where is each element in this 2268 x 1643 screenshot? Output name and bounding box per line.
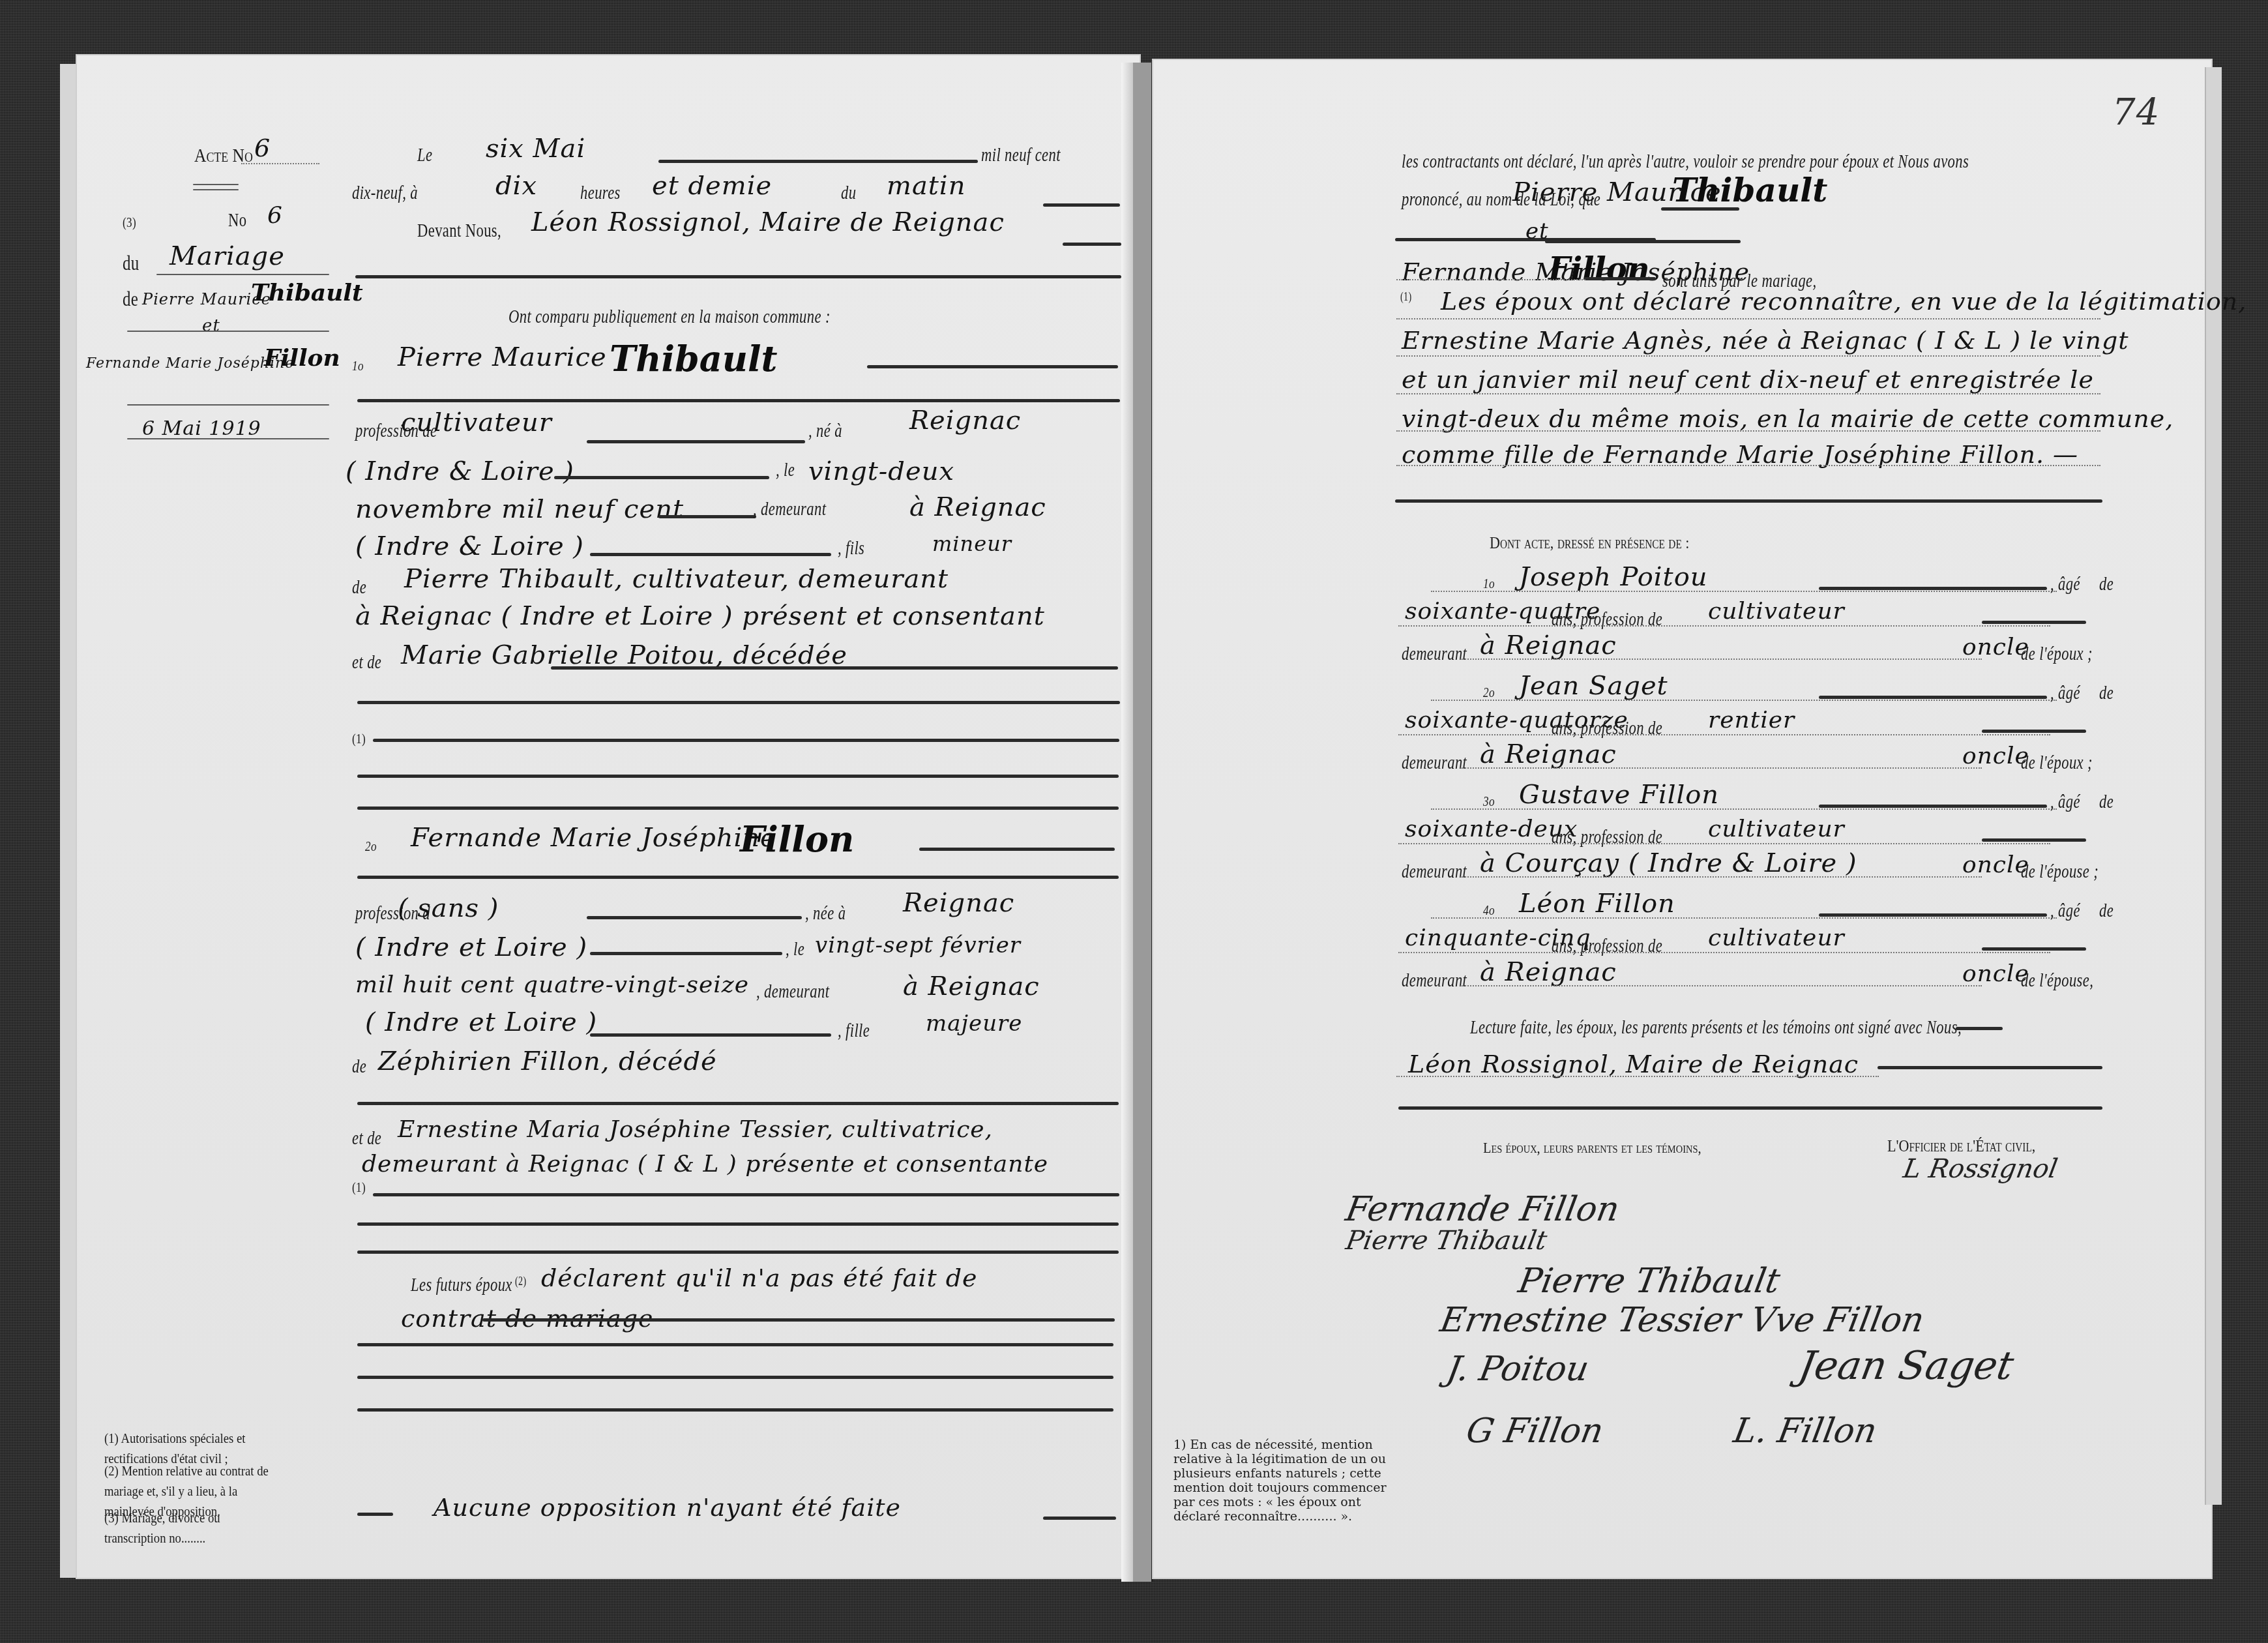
bride-demeurant-label: , demeurant — [756, 981, 829, 1003]
groom-residence-dept: ( Indre & Loire ) — [355, 531, 584, 561]
book-gutter — [1133, 63, 1153, 1582]
no-value: 6 — [267, 202, 283, 229]
witness-relation-of: de l'épouse ; — [2021, 861, 2099, 883]
dotted-line — [1398, 625, 2050, 627]
acte-number: 6 — [254, 134, 271, 162]
blank-line — [1395, 499, 2102, 503]
gutter-shadow — [1121, 63, 1133, 1582]
du-label: du — [123, 251, 140, 275]
blank-line — [482, 1318, 1115, 1322]
witness-profession: rentier — [1708, 707, 1795, 733]
groom-surname: Thibault — [610, 338, 777, 379]
dotted-line — [1398, 952, 2050, 953]
witness-profession: cultivateur — [1708, 598, 1845, 625]
nee-a-label: , née à — [805, 903, 846, 925]
age-label: , âgé — [2050, 792, 2080, 813]
witness-relation-of: de l'époux ; — [2021, 752, 2093, 774]
marriage-hour: dix — [495, 171, 537, 201]
bride-status: majeure — [926, 1011, 1022, 1037]
bride-birth-year: mil huit cent quatre-vingt-seize — [355, 971, 749, 998]
dotted-line — [1460, 985, 1982, 986]
witness-name: Léon Fillon — [1519, 889, 1675, 919]
blank-line — [357, 1251, 1119, 1254]
union-groom-surname: Thibault — [1672, 171, 1827, 209]
legitimation-line-4: vingt-deux du même mois, en la mairie de… — [1402, 404, 2173, 433]
signature-witness-1: J. Poitou — [1444, 1350, 1592, 1389]
marriage-hour-extra: et demie — [652, 171, 772, 201]
legitimation-note-ref: (1) — [1400, 290, 1412, 304]
dotted-line — [1431, 700, 2057, 701]
blank-line — [867, 365, 1118, 368]
blank-line — [1982, 947, 2086, 951]
blank-line — [590, 952, 782, 955]
dotted-line — [1431, 808, 2057, 810]
witness-name: Gustave Fillon — [1519, 780, 1719, 810]
legitimation-line-1: Les époux ont déclaré reconnaître, en vu… — [1441, 287, 2246, 316]
blank-line — [1982, 730, 2086, 733]
groom-index: 1o — [352, 357, 364, 374]
witness-name: Joseph Poitou — [1519, 562, 1707, 592]
marriage-day-month: six Mai — [486, 134, 585, 164]
age-de-label: de — [2099, 900, 2113, 922]
signature-groom: Pierre Thibault — [1344, 1226, 1549, 1256]
union-bride-surname: Fillon — [1548, 251, 1650, 288]
demeurant-label: demeurant — [1402, 970, 1467, 992]
dotted-line — [1396, 465, 2100, 466]
bride-father: Zéphirien Fillon, décédé — [378, 1046, 717, 1076]
officer-name: Léon Rossignol, Maire de Reignac — [531, 207, 1005, 237]
signature-witness-4: L. Fillon — [1731, 1412, 1880, 1451]
footnote-3: (3) Mariage, divorce ou transcription no… — [104, 1507, 271, 1548]
bride-father-de-label: de — [352, 1056, 366, 1078]
bride-given-name: Fernande Marie Joséphine — [411, 823, 776, 853]
dotted-line — [1396, 355, 2100, 357]
legitimation-line-3: et un janvier mil neuf cent dix-neuf et … — [1402, 365, 2094, 394]
margin-groom-surname: Thibault — [251, 279, 363, 306]
blank-line — [1661, 207, 1739, 211]
groom-birth-dept: ( Indre & Loire ) — [346, 456, 574, 486]
officer-label: L'Officier de l'État civil, — [1887, 1136, 2035, 1156]
age-de-label: de — [2099, 574, 2113, 595]
fils-label: , fils — [838, 538, 864, 559]
closing-officer: Léon Rossignol, Maire de Reignac — [1408, 1050, 1859, 1078]
dotted-line — [1396, 393, 2100, 394]
lecture-text: Lecture faite, les époux, les parents pr… — [1470, 1017, 1962, 1039]
bride-surname: Fillon — [740, 818, 854, 860]
dotted-line — [1396, 1076, 1879, 1077]
right-footnote: 1) En cas de nécessité, mention relative… — [1173, 1438, 1389, 1524]
folio-number: 74 — [2112, 91, 2160, 134]
blank-line — [587, 440, 805, 443]
opposition-statement: Aucune opposition n'ayant été faite — [434, 1493, 901, 1522]
blank-line — [357, 775, 1119, 778]
blank-line — [373, 739, 1119, 742]
note-1-ref: (1) — [352, 730, 366, 747]
blank-line — [357, 1222, 1119, 1226]
groom-father-residence: à Reignac ( Indre et Loire ) présent et … — [355, 601, 1045, 631]
ref-3-label: (3) — [123, 214, 136, 231]
margin-bride-given: Fernande Marie Joséphine — [86, 355, 294, 372]
margin-bride-surname: Fillon — [264, 344, 340, 372]
age-de-label: de — [2099, 792, 2113, 813]
blank-line — [355, 275, 1121, 278]
act-type-line — [156, 274, 329, 275]
blank-line — [1584, 277, 1656, 280]
blank-line — [1819, 696, 2047, 699]
officer-signature: L Rossignol — [1901, 1154, 2060, 1184]
groom-demeurant-label: , demeurant — [753, 499, 826, 520]
age-label: , âgé — [2050, 574, 2080, 595]
blank-line — [1043, 203, 1120, 207]
witness-relation-of: de l'époux ; — [2021, 644, 2093, 665]
bride-birthplace: Reignac — [903, 888, 1014, 918]
demeurant-label: demeurant — [1402, 752, 1467, 774]
bride-mother: Ernestine Maria Joséphine Tessier, culti… — [398, 1116, 993, 1143]
blank-line — [1819, 587, 2047, 590]
marriage-contract-declaration: déclarent qu'il n'a pas été fait de — [541, 1264, 978, 1292]
groom-mother-label: et de — [352, 652, 381, 673]
groom-birth-year: novembre mil neuf cent — [355, 494, 684, 524]
age-label: , âgé — [2050, 683, 2080, 704]
blank-line — [1043, 1517, 1116, 1520]
witness-relation: oncle — [1962, 743, 2029, 769]
bride-birth-dept: ( Indre et Loire ) — [355, 932, 587, 962]
blank-line — [357, 1343, 1113, 1346]
witness-relation: oncle — [1962, 634, 2029, 660]
bride-residence: à Reignac — [903, 971, 1040, 1001]
groom-residence: à Reignac — [909, 492, 1046, 522]
dotted-line — [1460, 659, 1982, 660]
signature-bride-mother: Ernestine Tessier Vve Fillon — [1437, 1301, 1927, 1340]
dont-acte-text: Dont acte, dressé en présence de : — [1490, 533, 1689, 553]
le-label: Le — [417, 145, 432, 166]
du-label-2: du — [841, 183, 856, 204]
act-type: Mariage — [169, 241, 285, 271]
no-label: No — [228, 210, 246, 231]
blank-line — [1878, 1066, 2102, 1069]
bride-mother-residence: demeurant à Reignac ( I & L ) présente e… — [362, 1151, 1048, 1177]
witness-profession: cultivateur — [1708, 925, 1845, 951]
witness-index: 3o — [1483, 793, 1495, 810]
blank-line — [357, 807, 1119, 810]
signature-bride: Fernande Fillon — [1343, 1190, 1623, 1229]
note-2-ref: (2) — [515, 1275, 527, 1288]
groom-father: Pierre Thibault, cultivateur, demeurant — [404, 564, 949, 594]
blank-line — [373, 1193, 1119, 1196]
groom-birth-day: vingt-deux — [808, 456, 954, 486]
bride-residence-dept: ( Indre et Loire ) — [365, 1007, 597, 1037]
witness-name: Jean Saget — [1519, 671, 1668, 701]
signature-groom-father: Pierre Thibault — [1516, 1262, 1783, 1301]
bride-le-label: , le — [786, 939, 804, 960]
groom-birthplace: Reignac — [909, 406, 1021, 436]
witness-profession: cultivateur — [1708, 816, 1845, 842]
marriage-period: matin — [887, 171, 965, 201]
blank-line — [357, 1513, 393, 1516]
groom-father-de-label: de — [352, 577, 366, 599]
dotted-line — [1460, 876, 1982, 878]
ans-profession-label: ans, profession de — [1552, 718, 1662, 739]
fille-label: , fille — [838, 1020, 870, 1042]
blank-line — [658, 515, 756, 518]
blank-line — [357, 1376, 1113, 1379]
dotted-line — [1396, 279, 1585, 280]
ans-profession-label: ans, profession de — [1552, 609, 1662, 630]
signature-witness-3: G Fillon — [1464, 1412, 1606, 1451]
mil-neuf-cent: mil neuf cent — [981, 145, 1061, 166]
heures-label: heures — [580, 183, 621, 204]
le-label-2: , le — [776, 460, 795, 481]
declaration-text: les contractants ont déclaré, l'un après… — [1402, 151, 1969, 173]
dotted-line — [1398, 843, 2050, 844]
dotted-line — [1431, 591, 2057, 592]
groom-profession: cultivateur — [401, 407, 552, 437]
devant-nous: Devant Nous, — [417, 220, 501, 242]
bride-index: 2o — [365, 838, 377, 855]
acte-number-line — [241, 163, 319, 164]
witness-index: 1o — [1483, 575, 1495, 592]
blank-line — [658, 160, 978, 163]
left-page — [77, 55, 1140, 1578]
signatories-label: Les époux, leurs parents et les témoins, — [1483, 1140, 1701, 1157]
witness-relation: oncle — [1962, 851, 2029, 878]
blank-line — [590, 553, 831, 556]
dotted-line — [1396, 318, 2100, 319]
blank-line — [551, 666, 1118, 670]
ans-profession-label: ans, profession de — [1552, 827, 1662, 848]
dotted-line — [1398, 734, 2050, 735]
blank-line — [1063, 243, 1121, 246]
demeurant-label: demeurant — [1402, 644, 1467, 665]
groom-given-name: Pierre Maurice — [398, 342, 607, 372]
witness-index: 2o — [1483, 684, 1495, 701]
blank-line — [919, 848, 1115, 851]
witness-relation-of: de l'épouse, — [2021, 970, 2093, 992]
ne-a-label: , né à — [808, 421, 842, 442]
acte-double-rule — [193, 184, 239, 185]
note-1-ref-2: (1) — [352, 1179, 366, 1196]
blank-line — [1982, 838, 2086, 842]
margin-date-line — [127, 438, 329, 439]
witness-residence: à Reignac — [1480, 630, 1617, 660]
witness-residence: à Reignac — [1480, 739, 1617, 769]
margin-et: et — [202, 316, 220, 336]
dix-neuf-a: dix-neuf, à — [352, 183, 418, 204]
age-de-label: de — [2099, 683, 2113, 704]
blank-line — [1982, 621, 2086, 624]
ans-profession-label: ans, profession de — [1552, 936, 1662, 957]
bride-birth-day: vingt-sept février — [815, 932, 1021, 958]
legitimation-line-2: Ernestine Marie Agnès, née à Reignac ( I… — [1402, 326, 2129, 355]
blank-line — [1956, 1027, 2003, 1030]
acte-double-rule — [193, 189, 239, 190]
blank-line — [554, 476, 769, 479]
margin-et-line — [127, 331, 329, 332]
bride-profession: ( sans ) — [398, 893, 499, 923]
margin-date: 6 Mai 1919 — [142, 417, 261, 440]
blank-line — [587, 916, 802, 919]
demeurant-label: demeurant — [1402, 861, 1467, 883]
blank-line — [1819, 913, 2047, 917]
witness-residence: à Courçay ( Indre & Loire ) — [1480, 848, 1857, 878]
signature-witness-2: Jean Saget — [1795, 1343, 2017, 1389]
dotted-line — [1431, 917, 2057, 919]
blank-line — [357, 399, 1120, 402]
de-label: de — [123, 287, 138, 311]
witness-relation: oncle — [1962, 960, 2029, 987]
futurs-epoux-label: Les futurs époux — [411, 1275, 512, 1296]
margin-divider-line — [127, 404, 329, 406]
age-label: , âgé — [2050, 900, 2080, 922]
ont-comparu: Ont comparu publiquement en la maison co… — [508, 306, 831, 328]
blank-line — [357, 701, 1120, 704]
dotted-line — [1460, 767, 1982, 769]
witness-residence: à Reignac — [1480, 957, 1617, 987]
right-page-edge — [2205, 67, 2222, 1505]
bride-mother-label: et de — [352, 1128, 381, 1149]
dotted-line — [1396, 430, 2100, 432]
groom-status: mineur — [932, 531, 1012, 556]
blank-line — [1819, 805, 2047, 808]
blank-line — [590, 1033, 831, 1037]
blank-line — [1545, 240, 1741, 243]
blank-line — [357, 1408, 1113, 1412]
blank-line — [357, 1102, 1119, 1105]
blank-line — [357, 876, 1119, 879]
witness-index: 4o — [1483, 902, 1495, 919]
blank-line — [1398, 1106, 2102, 1110]
